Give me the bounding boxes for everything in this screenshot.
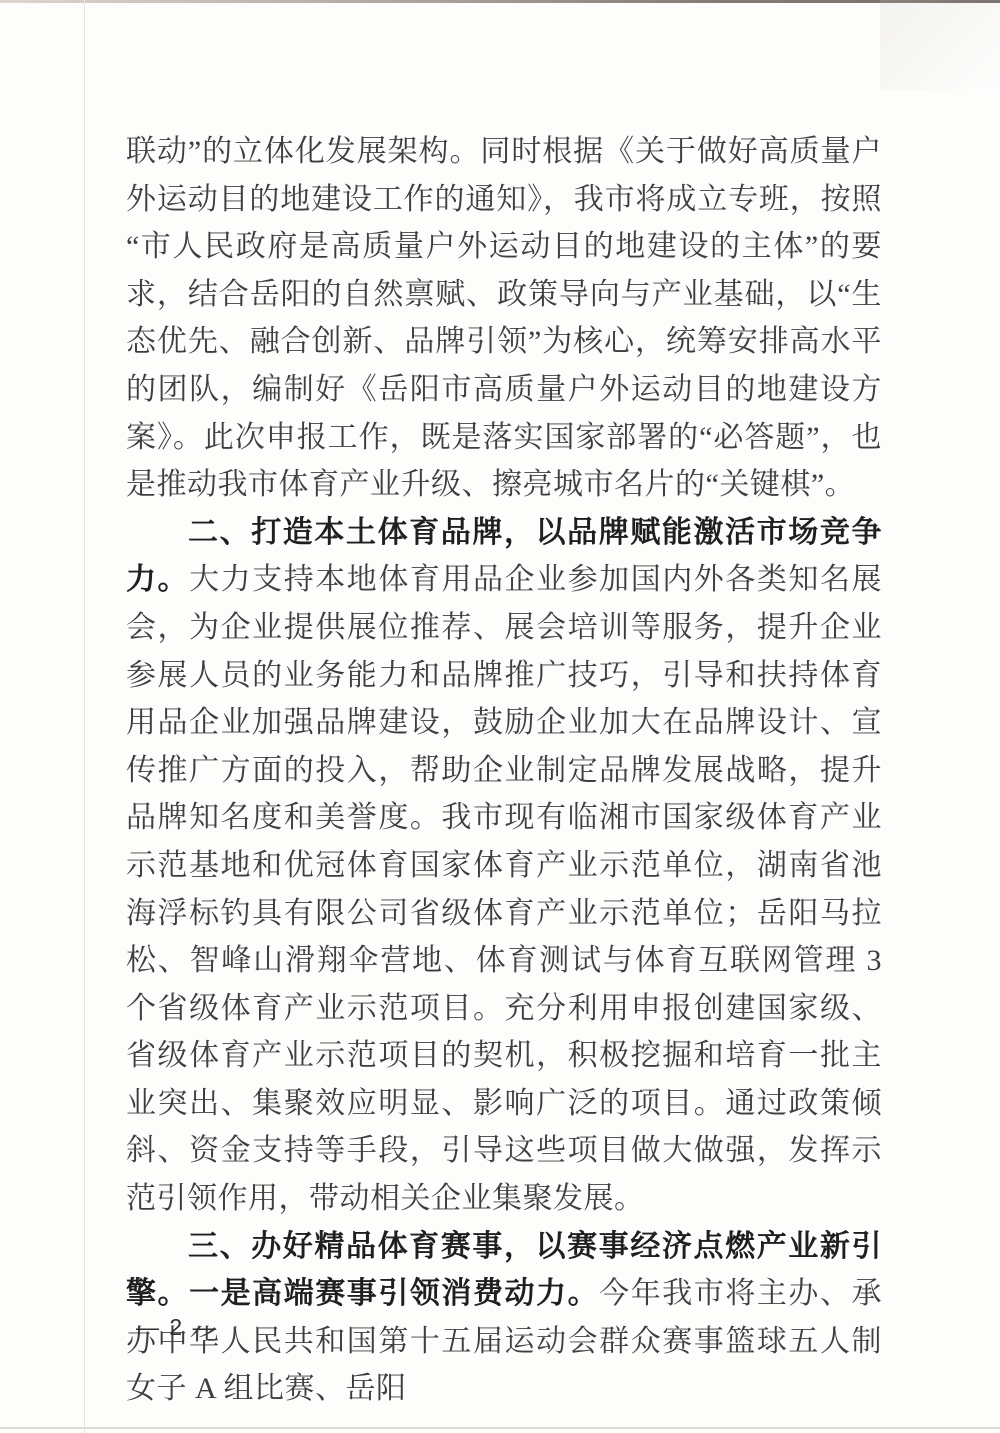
- body-text-segment: 联动”的立体化发展架构。同时根据《关于做好高质量户外运动目的地建设工作的通知》，…: [126, 135, 882, 501]
- scan-corner-shade-artifact: [880, 0, 1000, 90]
- scan-top-edge-artifact: [0, 0, 1000, 3]
- paragraph: 联动”的立体化发展架构。同时根据《关于做好高质量户外运动目的地建设工作的通知》，…: [126, 128, 882, 509]
- text-block: 联动”的立体化发展架构。同时根据《关于做好高质量户外运动目的地建设工作的通知》，…: [126, 128, 882, 1413]
- scan-bottom-edge-artifact: [0, 1427, 1000, 1429]
- paragraph: 三、办好精品体育赛事，以赛事经济点燃产业新引擎。一是高端赛事引领消费动力。今年我…: [126, 1223, 882, 1413]
- body-text-segment: 大力支持本地体育用品企业参加国内外各类知名展会，为企业提供展位推荐、展会培训等服…: [126, 563, 882, 1215]
- scanned-document-page: 联动”的立体化发展架构。同时根据《关于做好高质量户外运动目的地建设工作的通知》，…: [0, 0, 1000, 1433]
- paragraph: 二、打造本土体育品牌，以品牌赋能激活市场竞争力。大力支持本地体育用品企业参加国内…: [126, 509, 882, 1223]
- page-number: — 2 —: [136, 1314, 218, 1341]
- scan-fold-line-artifact: [84, 0, 85, 1433]
